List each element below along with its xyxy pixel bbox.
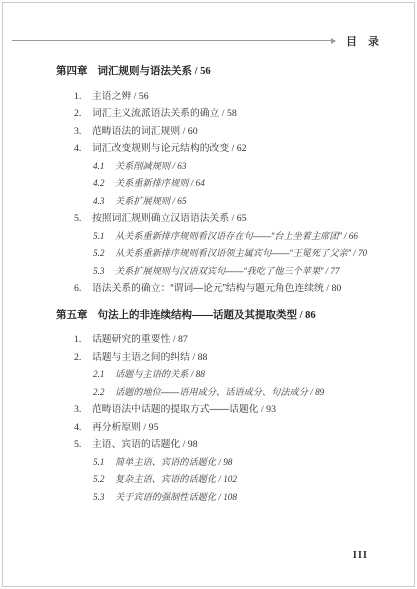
item-number: 4.1 [93,158,115,176]
item-number: 5.3 [93,489,115,507]
item-number: 5.3 [93,263,115,281]
toc-list: 第四章词汇规则与语法关系 / 561.主语之辨 / 562.词汇主义流派语法关系… [56,63,409,506]
item-page-ref: / 60 [180,126,197,137]
chapter-label: 第五章 [56,309,88,321]
toc-item-row: 4.词汇改变规则与论元结构的改变 / 62 [56,140,409,158]
item-page-ref: / 70 [351,248,367,258]
toc-item-row: 5.主语、宾语的话题化 / 98 [56,436,409,454]
item-number: 5. [74,436,92,454]
toc-item-row: 6.语法关系的确立：“谓词—论元”结构与题元角色连续统 / 80 [56,280,409,298]
toc-item-row: 1.主语之辨 / 56 [56,88,409,106]
item-text: 话题研究的重要性 [92,334,170,345]
toc-item-row: 5.1从关系重新排序规则看汉语存在句——“台上坐着主席团” / 66 [56,228,409,246]
item-number: 4.3 [93,193,115,211]
item-page-ref: / 89 [308,387,324,397]
chapter-text: 句法上的非连续结构——话题及其提取类型 [98,309,298,321]
item-number: 2. [74,349,92,367]
item-page-ref: / 95 [141,422,158,433]
page-number: III [353,550,368,561]
chapter-text: 词汇规则与语法关系 [98,65,193,77]
item-number: 5. [74,210,92,228]
toc-item-row: 5.3关于宾语的强制性话题化 / 108 [56,489,409,507]
item-page-ref: / 65 [229,213,246,224]
item-page-ref: / 63 [170,161,186,171]
item-page-ref: / 88 [189,369,205,379]
toc-item-row: 5.2复杂主语、宾语的话题化 / 102 [56,471,409,489]
item-text: 主语之辨 [92,91,131,102]
item-number: 2. [74,105,92,123]
toc-item-row: 4.3关系扩展规则 / 65 [56,193,409,211]
item-page-ref: / 66 [342,231,358,241]
item-page-ref: / 108 [216,492,237,502]
item-number: 5.1 [93,454,115,472]
item-page-ref: / 62 [229,143,246,154]
toc-item-row: 3.范畴语法的词汇规则 / 60 [56,123,409,141]
toc-item-row: 5.按照词汇规则确立汉语语法关系 / 65 [56,210,409,228]
page-title: 目 录 [346,33,379,49]
item-text: 关系削减规则 [115,161,170,171]
item-page-ref: / 98 [216,457,232,467]
item-number: 4.2 [93,175,115,193]
chapter-label: 第四章 [56,65,88,77]
item-number: 4. [74,419,92,437]
item-number: 4. [74,140,92,158]
item-page-ref: / 98 [180,439,197,450]
item-number: 5.1 [93,228,115,246]
item-page-ref: / 65 [170,196,186,206]
item-text: 复杂主语、宾语的话题化 [115,474,216,484]
item-text: 语法关系的确立：“谓词—论元”结构与题元角色连续统 [92,283,324,294]
item-number: 1. [74,331,92,349]
item-number: 5.2 [93,245,115,263]
item-number: 3. [74,123,92,141]
toc-header: 目 录 [12,34,379,47]
chapter-page-ref: / 86 [297,310,316,321]
item-text: 再分析原则 [92,422,141,433]
item-text: 关系扩展规则与汉语双宾句——“我吃了他三个苹果” [115,266,323,276]
item-number: 2.1 [93,366,115,384]
item-text: 范畴语法的词汇规则 [92,126,180,137]
chapter-block: 第五章句法上的非连续结构——话题及其提取类型 / 861.话题研究的重要性 / … [56,307,409,507]
item-text: 关系重新排序规则 [115,178,189,188]
item-text: 范畴语法中话题的提取方式——话题化 [92,404,259,415]
item-number: 3. [74,401,92,419]
item-page-ref: / 58 [219,108,236,119]
toc-item-row: 2.话题与主语之间的纠结 / 88 [56,349,409,367]
item-number: 1. [74,88,92,106]
item-page-ref: / 77 [323,266,339,276]
item-text: 按照词汇规则确立汉语语法关系 [92,213,229,224]
item-text: 简单主语、宾语的话题化 [115,457,216,467]
toc-item-row: 4.2关系重新排序规则 / 64 [56,175,409,193]
toc-item-row: 4.1关系削减规则 / 63 [56,158,409,176]
item-text: 话题的地位——语用成分、话语成分、句法成分 [115,387,308,397]
toc-item-row: 5.3关系扩展规则与汉语双宾句——“我吃了他三个苹果” / 77 [56,263,409,281]
chapter-page-ref: / 56 [192,66,211,77]
toc-item-row: 2.词汇主义流派语法关系的确立 / 58 [56,105,409,123]
item-number: 6. [74,280,92,298]
item-page-ref: / 56 [131,91,148,102]
item-text: 话题与主语的关系 [115,369,189,379]
chapter-block: 第四章词汇规则与语法关系 / 561.主语之辨 / 562.词汇主义流派语法关系… [56,63,409,298]
item-text: 词汇主义流派语法关系的确立 [92,108,219,119]
toc-item-row: 5.1简单主语、宾语的话题化 / 98 [56,454,409,472]
toc-item-row: 5.2从关系重新排序规则看汉语领主属宾句——“王冕死了父亲” / 70 [56,245,409,263]
arrow-right-icon [331,38,336,44]
item-number: 2.2 [93,384,115,402]
toc-item-row: 2.1话题与主语的关系 / 88 [56,366,409,384]
item-text: 关于宾语的强制性话题化 [115,492,216,502]
header-rule [12,40,335,41]
item-text: 词汇改变规则与论元结构的改变 [92,143,229,154]
item-page-ref: / 88 [190,352,207,363]
toc-item-row: 3.范畴语法中话题的提取方式——话题化 / 93 [56,401,409,419]
toc-item-row: 2.2话题的地位——语用成分、话语成分、句法成分 / 89 [56,384,409,402]
toc-item-row: 1.话题研究的重要性 / 87 [56,331,409,349]
toc-item-row: 4.再分析原则 / 95 [56,419,409,437]
item-page-ref: / 102 [216,474,237,484]
chapter-title-row: 第五章句法上的非连续结构——话题及其提取类型 / 86 [56,307,409,325]
item-page-ref: / 87 [170,334,187,345]
chapter-title-row: 第四章词汇规则与语法关系 / 56 [56,63,409,81]
item-page-ref: / 93 [259,404,276,415]
item-text: 话题与主语之间的纠结 [92,352,190,363]
item-number: 5.2 [93,471,115,489]
item-page-ref: / 80 [324,283,341,294]
item-text: 从关系重新排序规则看汉语存在句——“台上坐着主席团” [115,231,342,241]
item-text: 主语、宾语的话题化 [92,439,180,450]
item-text: 关系扩展规则 [115,196,170,206]
item-text: 从关系重新排序规则看汉语领主属宾句——“王冕死了父亲” [115,248,351,258]
toc-page: 目 录 第四章词汇规则与语法关系 / 561.主语之辨 / 562.词汇主义流派… [0,0,417,589]
item-page-ref: / 64 [189,178,205,188]
